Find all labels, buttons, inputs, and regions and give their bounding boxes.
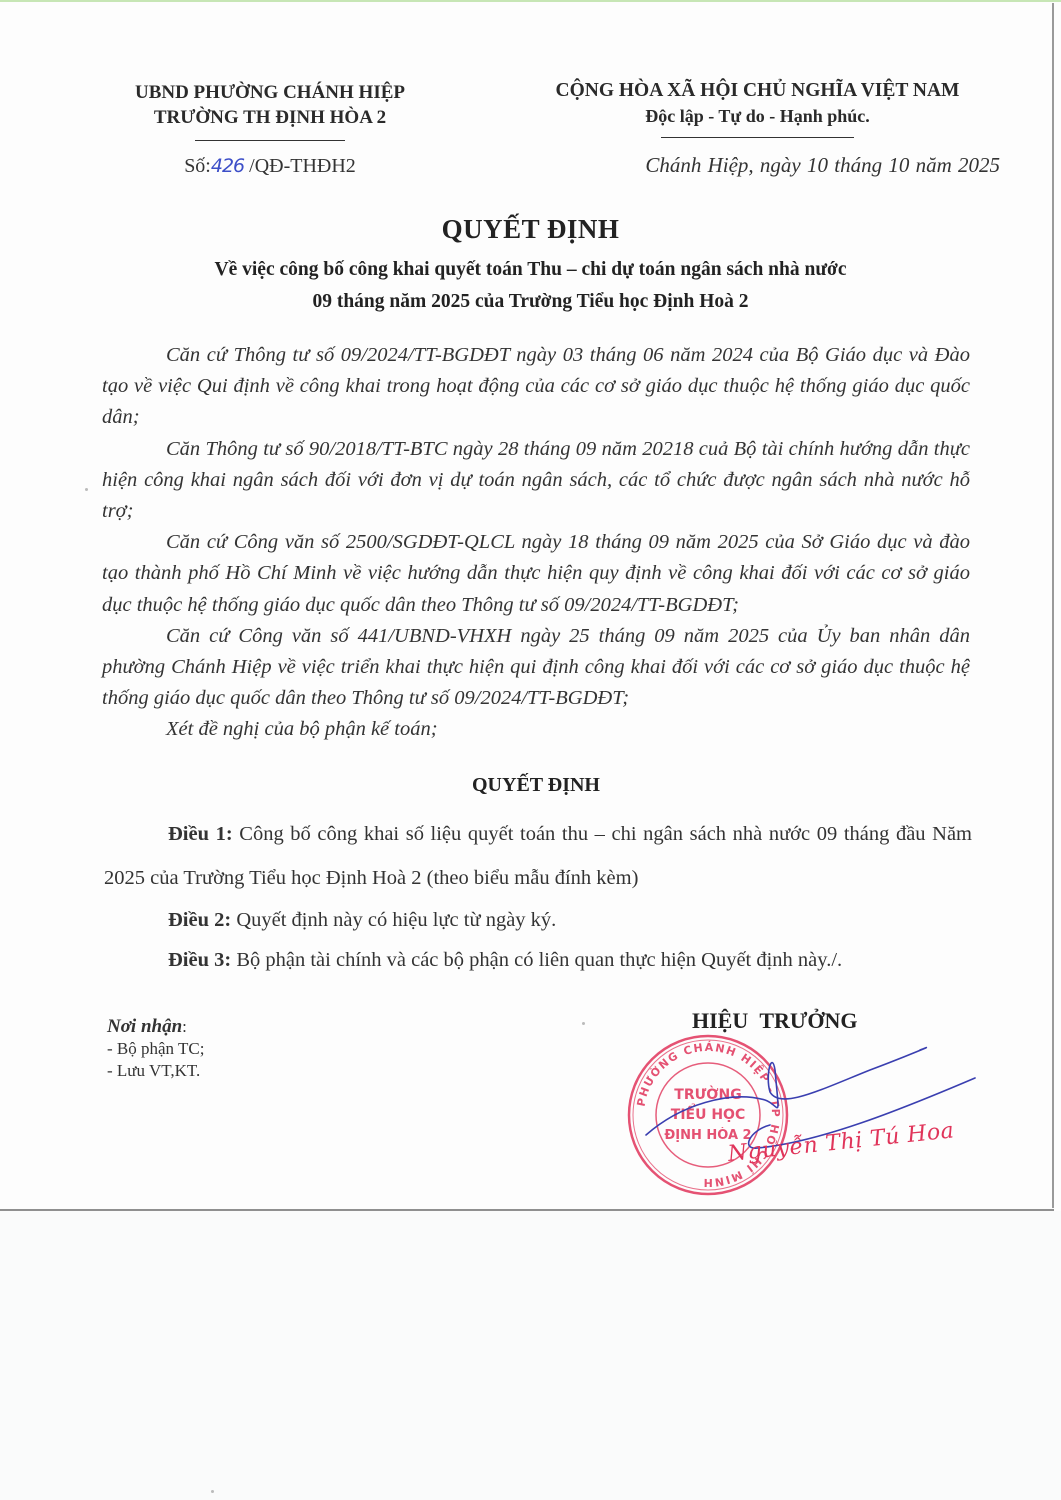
recipients: Nơi nhận: - Bộ phận TC; - Lưu VT,KT. [107,1016,204,1082]
blank-lower-area [0,1211,1061,1500]
authority-line-1: UBND PHƯỜNG CHÁNH HIỆP [95,80,445,105]
scan-speck [85,488,88,491]
scan-speck [211,1490,214,1493]
scan-speck [582,1022,585,1025]
document-title: QUYẾT ĐỊNH [0,214,1061,245]
scan-bottom-edge [0,1209,1054,1211]
handwritten-number: 426 [211,155,244,177]
legal-basis-item: Căn cứ Thông tư số 09/2024/TT-BGDĐT ngày… [102,340,970,434]
article-text: Bộ phận tài chính và các bộ phận có liên… [231,949,842,971]
article-3: Điều 3: Bộ phận tài chính và các bộ phận… [104,940,972,980]
article-label: Điều 1: [168,823,233,845]
article-text: Quyết định này có hiệu lực từ ngày ký. [231,909,556,931]
legal-basis-item: Căn Thông tư số 90/2018/TT-BTC ngày 28 t… [102,434,970,528]
scan-right-edge [1052,3,1054,1208]
decision-heading: QUYẾT ĐỊNH [0,774,1061,797]
articles: Điều 1: Công bố công khai số liệu quyết … [104,812,972,980]
legal-basis-item: Căn cứ Công văn số 2500/SGDĐT-QLCL ngày … [102,527,970,621]
article-1: Điều 1: Công bố công khai số liệu quyết … [104,812,972,900]
document-subject: Về việc công bố công khai quyết toán Thu… [0,254,1061,318]
authority-line-2: TRƯỜNG TH ĐỊNH HÒA 2 [95,105,445,130]
legal-basis-item: Xét đề nghị của bộ phận kế toán; [102,714,970,745]
number-prefix: Số: [184,155,211,177]
recipient-item: - Lưu VT,KT. [107,1060,204,1082]
recipients-colon: : [182,1017,187,1036]
article-2: Điều 2: Quyết định này có hiệu lực từ ng… [104,900,972,940]
number-suffix: /QĐ-THĐH2 [244,155,356,177]
subject-line-1: Về việc công bố công khai quyết toán Thu… [0,254,1061,286]
motto-divider [661,137,854,138]
national-header: CỘNG HÒA XÃ HỘI CHỦ NGHĨA VIỆT NAM Độc l… [500,78,1015,138]
recipients-heading: Nơi nhận [107,1016,182,1037]
article-text: Công bố công khai số liệu quyết toán thu… [104,823,972,889]
national-title: CỘNG HÒA XÃ HỘI CHỦ NGHĨA VIỆT NAM [500,78,1015,104]
recipient-item: - Bộ phận TC; [107,1038,204,1060]
national-motto: Độc lập - Tự do - Hạnh phúc. [500,104,1015,128]
legal-basis: Căn cứ Thông tư số 09/2024/TT-BGDĐT ngày… [102,340,970,746]
subject-line-2: 09 tháng năm 2025 của Trường Tiểu học Đị… [0,286,1061,318]
authority-divider [195,140,345,141]
article-label: Điều 2: [168,909,231,931]
place-date: Chánh Hiệp, ngày 10 tháng 10 năm 2025 [560,153,1000,178]
document-number: Số:426 /QĐ-THĐH2 [95,155,445,178]
legal-basis-item: Căn cứ Công văn số 441/UBND-VHXH ngày 25… [102,621,970,715]
scan-top-edge [0,0,1061,2]
article-label: Điều 3: [168,949,231,971]
issuing-authority: UBND PHƯỜNG CHÁNH HIỆP TRƯỜNG TH ĐỊNH HÒ… [95,80,445,141]
